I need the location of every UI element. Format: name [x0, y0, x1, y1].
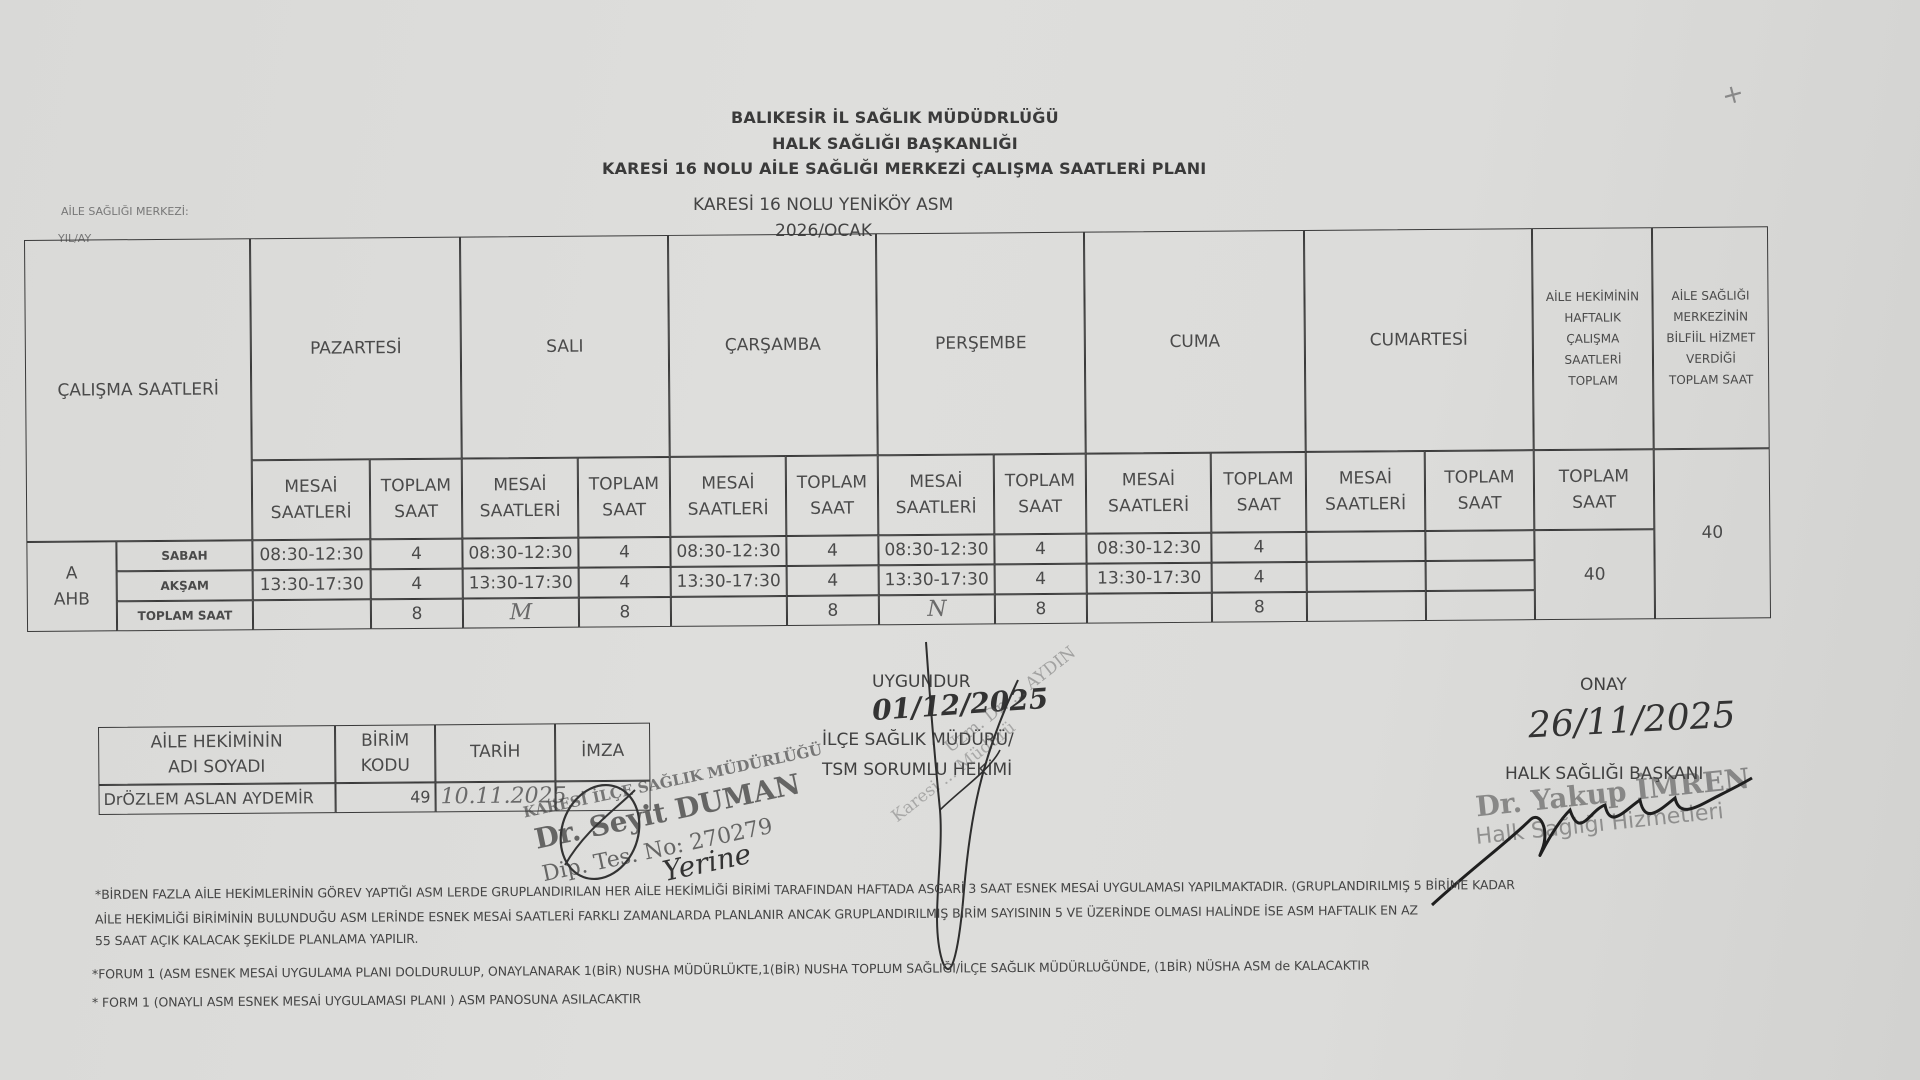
toplam-cell — [1426, 560, 1535, 591]
mesai-cell: 08:30-12:30 — [462, 538, 578, 569]
unit-unit-code: A — [66, 560, 78, 586]
subheader-mesai-line: SAATLERİ — [271, 499, 352, 526]
toplam-cell: 4 — [370, 539, 462, 570]
subheader-mesai-line: MESAİ — [701, 470, 754, 497]
subheader-toplam-line: SAAT — [394, 499, 438, 526]
subheader-mesai-line: SAATLERİ — [896, 495, 977, 522]
footnote-1-line-1: *BİRDEN FAZLA AİLE HEKİMLERİNİN GÖREV YA… — [95, 877, 1515, 902]
subheader-toplam: TOPLAMSAAT — [1425, 450, 1535, 531]
subheader-mesai: MESAİSAATLERİ — [670, 456, 787, 537]
subheader-toplam-line: SAAT — [1237, 492, 1281, 519]
weekly-hours-header-line: HAFTALIK — [1564, 307, 1621, 328]
mesai-cell — [253, 599, 371, 630]
mesai-cell: 13:30-17:30 — [1087, 563, 1212, 594]
mesai-cell: 08:30-12:30 — [878, 534, 994, 565]
signature-header-line: ADI SOYADI — [168, 755, 265, 781]
toplam-cell: 4 — [371, 569, 463, 600]
subheader-mesai-line: MESAİ — [493, 472, 546, 499]
weekly-toplam-subheader: TOPLAMSAAT — [1534, 449, 1655, 530]
signature-scribble-left — [545, 770, 665, 885]
subheader-toplam: TOPLAMSAAT — [1211, 452, 1307, 533]
mesai-cell: 08:30-12:30 — [670, 536, 786, 567]
center-total-value: 40 — [1654, 448, 1771, 619]
toplam-cell: 4 — [994, 534, 1086, 565]
row-label-1: AKŞAM — [117, 570, 253, 601]
center-hours-header-line: TOPLAM SAAT — [1669, 369, 1754, 391]
center-hours-header: AİLE SAĞLIĞIMERKEZİNİNBİLFİİL HİZMETVERD… — [1652, 226, 1770, 449]
subheader-mesai-line: SAATLERİ — [1108, 493, 1189, 520]
toplam-cell: 4 — [995, 564, 1087, 595]
signature-header-line: İMZA — [581, 739, 624, 765]
toplam-cell: 8 — [579, 597, 671, 628]
footnote-2: *FORUM 1 (ASM ESNEK MESAİ UYGULAMA PLANI… — [92, 958, 1370, 982]
subheader-toplam-line: TOPLAM — [797, 469, 867, 496]
toplam-cell: 4 — [578, 537, 670, 568]
subheader-toplam: TOPLAMSAAT — [786, 455, 879, 536]
day-header-2: ÇARŞAMBA — [668, 233, 878, 457]
scanned-document: BALIKESİR İL SAĞLIK MÜDÜDRLÜĞÜ HALK SAĞL… — [0, 0, 1920, 1080]
toplam-cell: 4 — [1212, 562, 1307, 593]
unit-cell: AAHB — [26, 541, 117, 632]
subheader-toplam: TOPLAMSAAT — [370, 459, 463, 540]
toplam-cell: 4 — [786, 535, 878, 566]
center-hours-header-line: VERDİĞİ — [1686, 348, 1736, 369]
day-header-1: SALI — [460, 235, 670, 459]
subheader-mesai-line: SAATLERİ — [480, 498, 561, 525]
mesai-cell: 08:30-12:30 — [252, 539, 370, 570]
subheader-mesai-line: MESAİ — [1339, 465, 1392, 492]
weekly-hours-header-line: ÇALIŞMA — [1566, 328, 1619, 349]
subheader-mesai: MESAİSAATLERİ — [878, 454, 995, 535]
header-department: HALK SAĞLIĞI BAŞKANLIĞI — [772, 134, 1018, 153]
subheader-mesai-line: MESAİ — [909, 468, 962, 495]
subheader-toplam-line: SAAT — [1458, 490, 1502, 517]
signature-header-line: KODU — [361, 754, 410, 780]
subheader-mesai-line: MESAİ — [284, 473, 337, 500]
working-hours-table: ÇALIŞMA SAATLERİPAZARTESİMESAİSAATLERİTO… — [24, 226, 1769, 640]
subheader-toplam: TOPLAMSAAT — [994, 454, 1087, 535]
row-label-0: SABAH — [116, 540, 252, 571]
mesai-cell — [1307, 591, 1426, 622]
subheader-toplam-line: TOPLAM — [381, 472, 451, 499]
toplam-cell: 8 — [1212, 592, 1307, 623]
signature-header-line: AİLE HEKİMİNİN — [150, 729, 282, 756]
signature-header-0: AİLE HEKİMİNİNADI SOYADI — [98, 725, 335, 785]
weekly-toplam-subheader-line: SAAT — [1572, 490, 1616, 517]
subheader-mesai-line: SAATLERİ — [688, 496, 769, 523]
day-header-0: PAZARTESİ — [250, 237, 462, 461]
subheader-mesai: MESAİSAATLERİ — [1086, 453, 1212, 534]
toplam-cell: 8 — [371, 599, 463, 630]
mesai-cell: 13:30-17:30 — [463, 568, 579, 599]
mesai-cell: 13:30-17:30 — [671, 566, 787, 597]
mesai-cell: 13:30-17:30 — [879, 564, 995, 595]
weekly-total-value: 40 — [1534, 529, 1655, 620]
subheader-toplam: TOPLAMSAAT — [578, 457, 671, 538]
mesai-cell: 13:30-17:30 — [253, 569, 371, 600]
mesai-cell — [671, 596, 787, 627]
mesai-cell: M — [463, 598, 579, 629]
toplam-cell: 4 — [787, 565, 879, 596]
mesai-cell — [1306, 531, 1425, 562]
subheader-toplam-line: TOPLAM — [1223, 466, 1293, 493]
footnote-1-line-3: 55 SAAT AÇIK KALACAK ŞEKİLDE PLANLAMA YA… — [95, 931, 418, 948]
center-hours-header-line: AİLE SAĞLIĞI — [1671, 285, 1749, 307]
header-ministry: BALIKESİR İL SAĞLIK MÜDÜDRLÜĞÜ — [731, 108, 1059, 127]
day-header-5: CUMARTESİ — [1304, 228, 1534, 452]
subheader-toplam-line: SAAT — [602, 497, 646, 524]
weekly-hours-header-line: SAATLERİ — [1564, 349, 1621, 370]
toplam-cell: 8 — [995, 594, 1087, 625]
row-label-2: TOPLAM SAAT — [117, 600, 253, 631]
asm-name-label: AİLE SAĞLIĞI MERKEZİ: — [61, 205, 189, 218]
signature-header-line: BİRİM — [361, 728, 409, 754]
mesai-cell: 08:30-12:30 — [1086, 533, 1211, 564]
toplam-cell: 4 — [1211, 532, 1306, 563]
toplam-cell: 4 — [579, 567, 671, 598]
toplam-cell: 8 — [787, 595, 879, 626]
mesai-cell: N — [879, 594, 995, 625]
subheader-toplam-line: TOPLAM — [589, 471, 659, 498]
subheader-toplam-line: TOPLAM — [1444, 464, 1514, 491]
footnote-1-line-2: AİLE HEKİMLİĞİ BİRİMİNİN BULUNDUĞU ASM L… — [95, 902, 1418, 926]
header-title: KARESİ 16 NOLU AİLE SAĞLIĞI MERKEZİ ÇALI… — [602, 159, 1206, 178]
signature-header-line: TARİH — [470, 740, 521, 766]
subheader-mesai: MESAİSAATLERİ — [462, 458, 579, 539]
mesai-cell — [1307, 561, 1426, 592]
asm-name-value: KARESİ 16 NOLU YENİKÖY ASM — [693, 195, 953, 215]
mesai-cell — [1087, 593, 1212, 624]
approval-right-date: 26/11/2025 — [1527, 695, 1736, 747]
weekly-hours-header-line: AİLE HEKİMİNİN — [1546, 286, 1639, 308]
day-header-4: CUMA — [1084, 230, 1306, 454]
weekly-hours-header: AİLE HEKİMİNİNHAFTALIKÇALIŞMASAATLERİTOP… — [1532, 227, 1654, 450]
center-hours-header-line: BİLFİİL HİZMET — [1666, 327, 1755, 349]
weekly-toplam-subheader-line: TOPLAM — [1559, 463, 1629, 490]
signature-header-2: TARİH — [435, 723, 555, 782]
signature-row-name: DrÖZLEM ASLAN AYDEMİR — [98, 783, 335, 815]
subheader-mesai-line: MESAİ — [1122, 467, 1175, 494]
row-header-working-hours: ÇALIŞMA SAATLERİ — [24, 238, 252, 542]
unit-unit-name: AHB — [54, 586, 90, 613]
footnote-3: * FORM 1 (ONAYLI ASM ESNEK MESAİ UYGULAM… — [92, 991, 641, 1010]
day-header-3: PERŞEMBE — [876, 232, 1086, 456]
subheader-toplam-line: TOPLAM — [1005, 467, 1075, 494]
subheader-toplam-line: SAAT — [1018, 494, 1062, 521]
center-hours-header-line: MERKEZİNİN — [1673, 306, 1748, 328]
approval-right-title: ONAY — [1580, 675, 1627, 695]
subheader-mesai: MESAİSAATLERİ — [252, 459, 371, 540]
weekly-hours-header-line: TOPLAM — [1568, 370, 1618, 391]
page-corner-mark: + — [1718, 78, 1747, 113]
signature-row-unit-code: 49 — [335, 782, 435, 813]
toplam-cell — [1426, 590, 1535, 621]
subheader-mesai-line: SAATLERİ — [1325, 491, 1406, 518]
signature-header-1: BİRİMKODU — [335, 724, 435, 783]
subheader-mesai: MESAİSAATLERİ — [1306, 451, 1426, 532]
toplam-cell — [1425, 530, 1534, 561]
subheader-toplam-line: SAAT — [810, 495, 854, 522]
